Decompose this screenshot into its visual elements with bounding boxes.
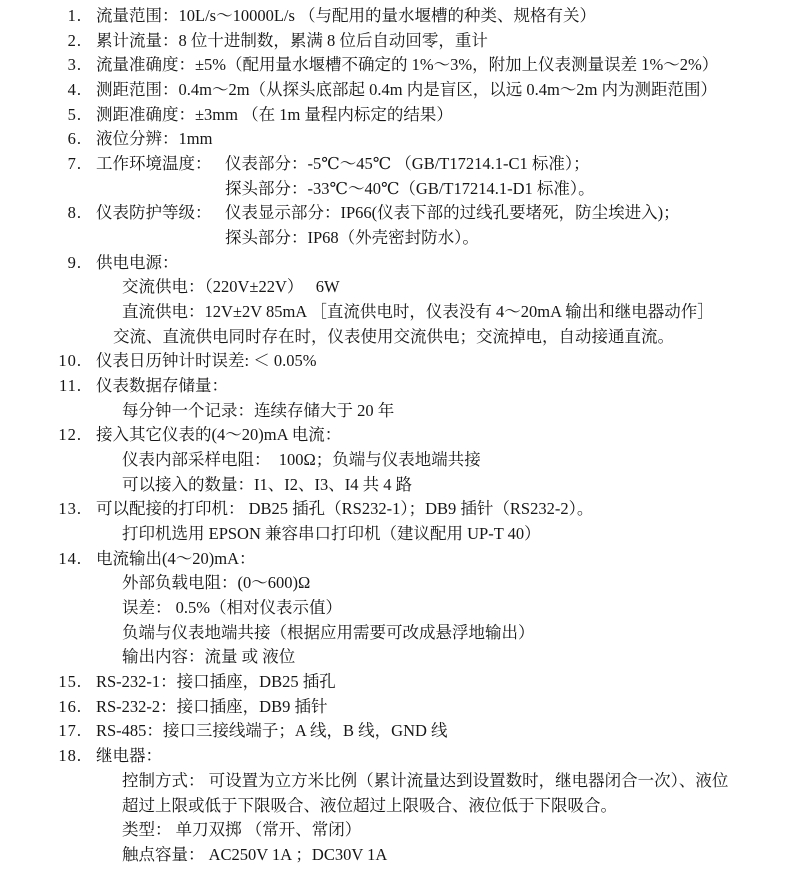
spec-line: 5.测距准确度：±3mm （在 1m 量程内标定的结果）	[0, 103, 790, 128]
spec-line: 14.电流输出(4～20)mA：	[0, 547, 790, 572]
line-text: 流量范围：10L/s～10000L/s （与配用的量水堰槽的种类、规格有关）	[96, 6, 596, 25]
line-text: 误差： 0.5%（相对仪表示值）	[122, 598, 342, 617]
line-text: 仪表部分：-5℃～45℃ （GB/T17214.1-C1 标准）；	[225, 154, 590, 173]
spec-line: 仪表内部采样电阻： 100Ω；负端与仪表地端共接	[0, 448, 790, 473]
line-number: 3.	[48, 53, 82, 78]
spec-line: 17.RS-485：接口三接线端子；A 线，B 线，GND 线	[0, 719, 790, 744]
line-number: 15.	[48, 670, 82, 695]
spec-line: 输出内容：流量 或 液位	[0, 645, 790, 670]
spec-line: 可以接入的数量：I1、I2、I3、I4 共 4 路	[0, 473, 790, 498]
spec-line: 超过上限或低于下限吸合、液位超过上限吸合、液位低于下限吸合。	[0, 794, 790, 819]
line-number: 13.	[48, 497, 82, 522]
spec-line: 1.流量范围：10L/s～10000L/s （与配用的量水堰槽的种类、规格有关）	[0, 4, 790, 29]
line-text: 仪表日历钟计时误差: ＜ 0.05%	[96, 351, 316, 370]
line-text: 负端与仪表地端共接（根据应用需要可改成悬浮地输出）	[122, 623, 535, 642]
line-number: 8.	[48, 201, 82, 226]
line-text: 供电电源：	[96, 253, 179, 272]
line-text: 触点容量： AC250V 1A ；DC30V 1A	[122, 845, 387, 864]
line-number: 6.	[48, 127, 82, 152]
line-number: 14.	[48, 547, 82, 572]
line-text: 控制方式： 可设置为立方米比例（累计流量达到设置数时，继电器闭合一次）、液位	[122, 771, 728, 790]
line-text: 直流供电：12V±2V 85mA ［直流供电时，仪表没有 4～20mA 输出和继…	[122, 302, 714, 321]
document-page: { "document": { "lines": [ { "num": "1."…	[0, 0, 790, 877]
line-number: 9.	[48, 251, 82, 276]
spec-line: 9.供电电源：	[0, 251, 790, 276]
line-text: 电流输出(4～20)mA：	[96, 549, 256, 568]
spec-line: 8.仪表防护等级：仪表显示部分：IP66(仪表下部的过线孔要堵死，防尘埃进入)；	[0, 201, 790, 226]
line-text: 液位分辨：1mm	[96, 129, 212, 148]
line-text: 探头部分：-33℃～40℃（GB/T17214.1-D1 标准）。	[225, 179, 595, 198]
line-number: 4.	[48, 78, 82, 103]
spec-line: 10.仪表日历钟计时误差: ＜ 0.05%	[0, 349, 790, 374]
line-text: 外部负载电阻：(0～600)Ω	[122, 573, 310, 592]
spec-line: 误差： 0.5%（相对仪表示值）	[0, 596, 790, 621]
spec-line: 打印机选用 EPSON 兼容串口打印机（建议配用 UP-T 40）	[0, 522, 790, 547]
spec-line: 触点容量： AC250V 1A ；DC30V 1A	[0, 843, 790, 868]
line-text: 接入其它仪表的(4～20)mA 电流：	[96, 425, 341, 444]
line-text: 交流供电：（220V±22V） 6W	[122, 277, 340, 296]
line-number: 5.	[48, 103, 82, 128]
line-text: RS-485：接口三接线端子；A 线，B 线，GND 线	[96, 721, 448, 740]
line-text: 测距范围：0.4m～2m（从探头底部起 0.4m 内是盲区，以远 0.4m～2m…	[96, 80, 717, 99]
spec-line: 11.仪表数据存储量：	[0, 374, 790, 399]
line-number: 10.	[48, 349, 82, 374]
line-text: 测距准确度：±3mm （在 1m 量程内标定的结果）	[96, 105, 453, 124]
line-label: 仪表防护等级：	[96, 201, 225, 226]
spec-line: 2.累计流量：8 位十进制数，累满 8 位后自动回零，重计	[0, 29, 790, 54]
spec-line: 交流、直流供电同时存在时，仪表使用交流供电；交流掉电，自动接通直流。	[0, 325, 790, 350]
line-text: 仪表显示部分：IP66(仪表下部的过线孔要堵死，防尘埃进入)；	[225, 203, 680, 222]
spec-document: 1.流量范围：10L/s～10000L/s （与配用的量水堰槽的种类、规格有关）…	[0, 0, 790, 868]
line-text: RS-232-2：接口插座，DB9 插针	[96, 697, 327, 716]
spec-line: 18.继电器：	[0, 744, 790, 769]
line-text: 输出内容：流量 或 液位	[122, 647, 295, 666]
line-text: 可以配接的打印机： DB25 插孔（RS232-1）；DB9 插针（RS232-…	[96, 499, 593, 518]
spec-line: 13.可以配接的打印机： DB25 插孔（RS232-1）；DB9 插针（RS2…	[0, 497, 790, 522]
line-number: 2.	[48, 29, 82, 54]
spec-line: 类型： 单刀双掷 （常开、常闭）	[0, 818, 790, 843]
line-text: 仪表数据存储量：	[96, 376, 228, 395]
line-number: 17.	[48, 719, 82, 744]
line-text: RS-232-1：接口插座，DB25 插孔	[96, 672, 336, 691]
spec-line: 每分钟一个记录：连续存储大于 20 年	[0, 399, 790, 424]
line-text: 交流、直流供电同时存在时，仪表使用交流供电；交流掉电，自动接通直流。	[113, 327, 674, 346]
spec-line: 交流供电：（220V±22V） 6W	[0, 275, 790, 300]
spec-line: 控制方式： 可设置为立方米比例（累计流量达到设置数时，继电器闭合一次）、液位	[0, 769, 790, 794]
line-text: 打印机选用 EPSON 兼容串口打印机（建议配用 UP-T 40）	[122, 524, 541, 543]
spec-line: 直流供电：12V±2V 85mA ［直流供电时，仪表没有 4～20mA 输出和继…	[0, 300, 790, 325]
line-text: 超过上限或低于下限吸合、液位超过上限吸合、液位低于下限吸合。	[122, 796, 617, 815]
spec-line: 负端与仪表地端共接（根据应用需要可改成悬浮地输出）	[0, 621, 790, 646]
spec-line: 12.接入其它仪表的(4～20)mA 电流：	[0, 423, 790, 448]
line-number: 12.	[48, 423, 82, 448]
line-number: 1.	[48, 4, 82, 29]
spec-line: 16.RS-232-2：接口插座，DB9 插针	[0, 695, 790, 720]
spec-line: 外部负载电阻：(0～600)Ω	[0, 571, 790, 596]
spec-line: 7.工作环境温度：仪表部分：-5℃～45℃ （GB/T17214.1-C1 标准…	[0, 152, 790, 177]
spec-line: 6.液位分辨：1mm	[0, 127, 790, 152]
line-text: 类型： 单刀双掷 （常开、常闭）	[122, 820, 361, 839]
spec-line: 4.测距范围：0.4m～2m（从探头底部起 0.4m 内是盲区，以远 0.4m～…	[0, 78, 790, 103]
line-number: 18.	[48, 744, 82, 769]
line-text: 继电器：	[96, 746, 162, 765]
line-number: 7.	[48, 152, 82, 177]
line-number: 11.	[48, 374, 82, 399]
spec-line: 探头部分：-33℃～40℃（GB/T17214.1-D1 标准）。	[0, 177, 790, 202]
line-text: 可以接入的数量：I1、I2、I3、I4 共 4 路	[122, 475, 412, 494]
line-label: 工作环境温度：	[96, 152, 225, 177]
line-text: 流量准确度：±5%（配用量水堰槽不确定的 1%～3%，附加上仪表测量误差 1%～…	[96, 55, 718, 74]
line-text: 每分钟一个记录：连续存储大于 20 年	[122, 401, 394, 420]
line-text: 累计流量：8 位十进制数，累满 8 位后自动回零，重计	[96, 31, 488, 50]
spec-line: 3.流量准确度：±5%（配用量水堰槽不确定的 1%～3%，附加上仪表测量误差 1…	[0, 53, 790, 78]
spec-line: 15.RS-232-1：接口插座，DB25 插孔	[0, 670, 790, 695]
line-text: 探头部分：IP68（外壳密封防水）。	[225, 228, 479, 247]
line-number: 16.	[48, 695, 82, 720]
line-text: 仪表内部采样电阻： 100Ω；负端与仪表地端共接	[122, 450, 481, 469]
spec-line: 探头部分：IP68（外壳密封防水）。	[0, 226, 790, 251]
